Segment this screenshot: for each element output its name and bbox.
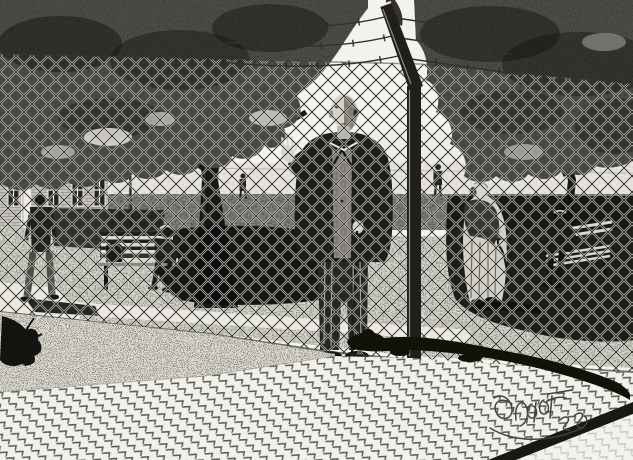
ink-drawing (0, 0, 633, 460)
artwork-canvas (0, 0, 633, 460)
